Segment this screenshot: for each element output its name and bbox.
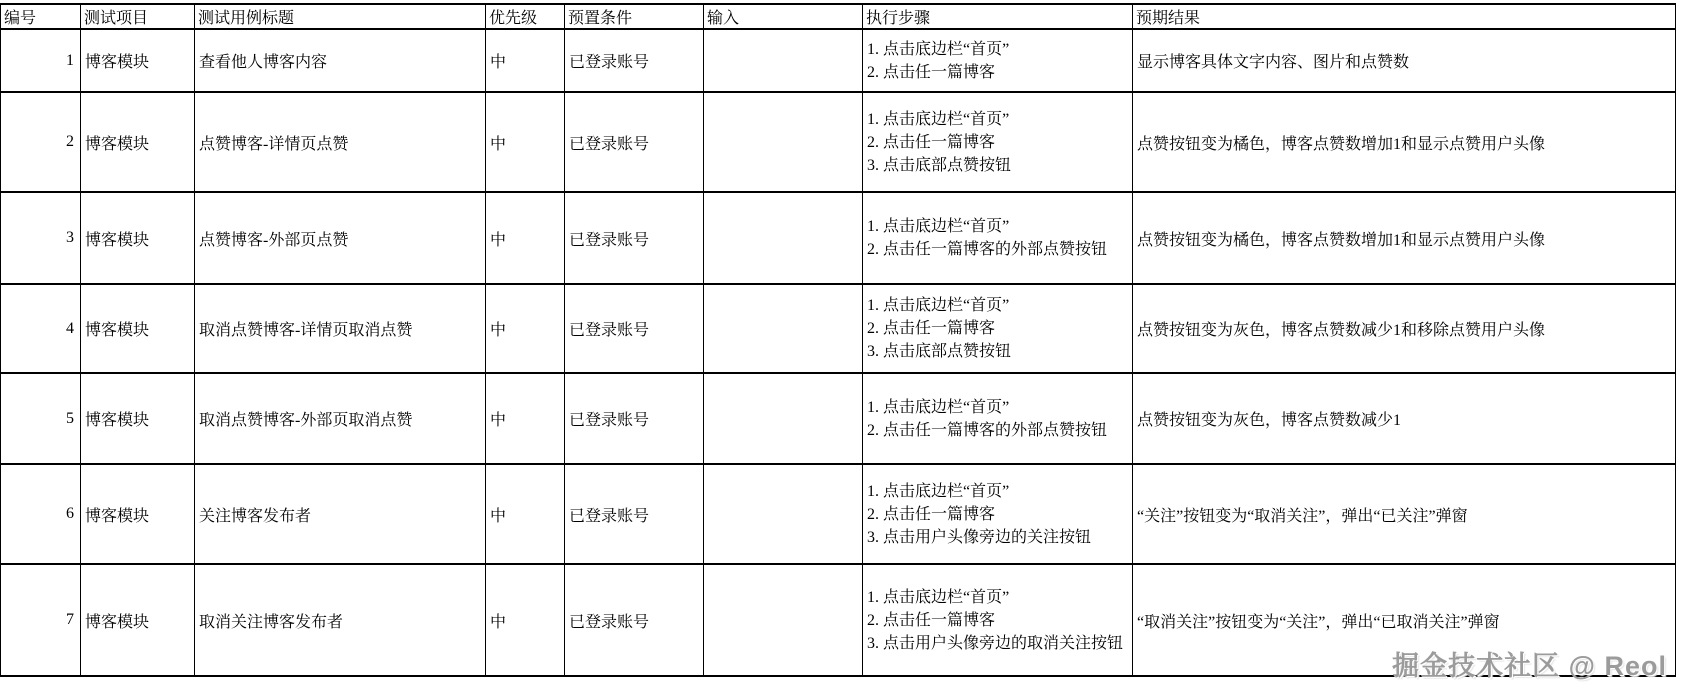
cell-expected: 显示博客具体文字内容、图片和点赞数 <box>1133 29 1676 92</box>
cell-module: 博客模块 <box>81 92 195 192</box>
step-line: 2. 点击任一篇博客 <box>867 61 1128 84</box>
table-row: 6博客模块关注博客发布者中已登录账号1. 点击底边栏“首页”2. 点击任一篇博客… <box>1 464 1676 564</box>
cell-input <box>704 564 863 676</box>
cell-module: 博客模块 <box>81 564 195 676</box>
test-case-table: 编号测试项目测试用例标题优先级预置条件输入执行步骤预期结果 1博客模块查看他人博… <box>0 3 1676 677</box>
cell-id: 7 <box>1 564 81 676</box>
step-line: 2. 点击任一篇博客 <box>867 609 1128 632</box>
cell-input <box>704 29 863 92</box>
cell-input <box>704 373 863 464</box>
column-header-module: 测试项目 <box>81 4 195 29</box>
column-header-id: 编号 <box>1 4 81 29</box>
cell-title: 点赞博客-外部页点赞 <box>195 192 486 284</box>
cell-precondition: 已登录账号 <box>565 29 704 92</box>
cell-expected: 点赞按钮变为灰色，博客点赞数减少1和移除点赞用户头像 <box>1133 284 1676 373</box>
column-header-title: 测试用例标题 <box>195 4 486 29</box>
column-header-priority: 优先级 <box>486 4 565 29</box>
cell-priority: 中 <box>486 29 565 92</box>
cell-precondition: 已登录账号 <box>565 373 704 464</box>
step-line: 1. 点击底边栏“首页” <box>867 108 1128 131</box>
step-line: 1. 点击底边栏“首页” <box>867 480 1128 503</box>
cell-steps: 1. 点击底边栏“首页”2. 点击任一篇博客 <box>863 29 1133 92</box>
cell-steps: 1. 点击底边栏“首页”2. 点击任一篇博客3. 点击底部点赞按钮 <box>863 92 1133 192</box>
cell-expected: 点赞按钮变为灰色，博客点赞数减少1 <box>1133 373 1676 464</box>
cell-steps: 1. 点击底边栏“首页”2. 点击任一篇博客的外部点赞按钮 <box>863 373 1133 464</box>
table-body: 1博客模块查看他人博客内容中已登录账号1. 点击底边栏“首页”2. 点击任一篇博… <box>1 29 1676 676</box>
cell-steps: 1. 点击底边栏“首页”2. 点击任一篇博客3. 点击底部点赞按钮 <box>863 284 1133 373</box>
cell-module: 博客模块 <box>81 284 195 373</box>
cell-id: 5 <box>1 373 81 464</box>
cell-title: 点赞博客-详情页点赞 <box>195 92 486 192</box>
cell-priority: 中 <box>486 464 565 564</box>
step-line: 1. 点击底边栏“首页” <box>867 294 1128 317</box>
cell-expected: 点赞按钮变为橘色，博客点赞数增加1和显示点赞用户头像 <box>1133 192 1676 284</box>
step-line: 3. 点击用户头像旁边的取消关注按钮 <box>867 632 1128 655</box>
cell-title: 查看他人博客内容 <box>195 29 486 92</box>
header-row: 编号测试项目测试用例标题优先级预置条件输入执行步骤预期结果 <box>1 4 1676 29</box>
cell-input <box>704 284 863 373</box>
cell-priority: 中 <box>486 192 565 284</box>
step-line: 3. 点击底部点赞按钮 <box>867 340 1128 363</box>
cell-title: 取消关注博客发布者 <box>195 564 486 676</box>
cell-precondition: 已登录账号 <box>565 192 704 284</box>
column-header-precondition: 预置条件 <box>565 4 704 29</box>
watermark: 掘金技术社区 @ Reol <box>1392 644 1667 683</box>
cell-module: 博客模块 <box>81 373 195 464</box>
table-row: 4博客模块取消点赞博客-详情页取消点赞中已登录账号1. 点击底边栏“首页”2. … <box>1 284 1676 373</box>
cell-priority: 中 <box>486 92 565 192</box>
step-line: 3. 点击底部点赞按钮 <box>867 154 1128 177</box>
cell-title: 关注博客发布者 <box>195 464 486 564</box>
step-line: 2. 点击任一篇博客 <box>867 503 1128 526</box>
table-header: 编号测试项目测试用例标题优先级预置条件输入执行步骤预期结果 <box>1 4 1676 29</box>
cell-input <box>704 192 863 284</box>
table-row: 2博客模块点赞博客-详情页点赞中已登录账号1. 点击底边栏“首页”2. 点击任一… <box>1 92 1676 192</box>
cell-priority: 中 <box>486 284 565 373</box>
cell-steps: 1. 点击底边栏“首页”2. 点击任一篇博客3. 点击用户头像旁边的关注按钮 <box>863 464 1133 564</box>
step-line: 1. 点击底边栏“首页” <box>867 215 1128 238</box>
cell-id: 1 <box>1 29 81 92</box>
step-line: 1. 点击底边栏“首页” <box>867 586 1128 609</box>
cell-id: 6 <box>1 464 81 564</box>
cell-title: 取消点赞博客-详情页取消点赞 <box>195 284 486 373</box>
cell-module: 博客模块 <box>81 29 195 92</box>
step-line: 2. 点击任一篇博客的外部点赞按钮 <box>867 419 1128 442</box>
cell-id: 4 <box>1 284 81 373</box>
cell-expected: 点赞按钮变为橘色，博客点赞数增加1和显示点赞用户头像 <box>1133 92 1676 192</box>
step-line: 1. 点击底边栏“首页” <box>867 38 1128 61</box>
cell-input <box>704 464 863 564</box>
table-row: 5博客模块取消点赞博客-外部页取消点赞中已登录账号1. 点击底边栏“首页”2. … <box>1 373 1676 464</box>
column-header-expected: 预期结果 <box>1133 4 1676 29</box>
cell-id: 3 <box>1 192 81 284</box>
cell-input <box>704 92 863 192</box>
step-line: 2. 点击任一篇博客 <box>867 317 1128 340</box>
cell-title: 取消点赞博客-外部页取消点赞 <box>195 373 486 464</box>
step-line: 2. 点击任一篇博客的外部点赞按钮 <box>867 238 1128 261</box>
cell-precondition: 已登录账号 <box>565 464 704 564</box>
step-line: 2. 点击任一篇博客 <box>867 131 1128 154</box>
step-line: 3. 点击用户头像旁边的关注按钮 <box>867 526 1128 549</box>
test-case-sheet: 编号测试项目测试用例标题优先级预置条件输入执行步骤预期结果 1博客模块查看他人博… <box>0 3 1681 691</box>
table-row: 3博客模块点赞博客-外部页点赞中已登录账号1. 点击底边栏“首页”2. 点击任一… <box>1 192 1676 284</box>
cell-precondition: 已登录账号 <box>565 284 704 373</box>
cell-precondition: 已登录账号 <box>565 564 704 676</box>
cell-steps: 1. 点击底边栏“首页”2. 点击任一篇博客的外部点赞按钮 <box>863 192 1133 284</box>
cell-expected: “关注”按钮变为“取消关注”，弹出“已关注”弹窗 <box>1133 464 1676 564</box>
cell-steps: 1. 点击底边栏“首页”2. 点击任一篇博客3. 点击用户头像旁边的取消关注按钮 <box>863 564 1133 676</box>
cell-priority: 中 <box>486 373 565 464</box>
cell-module: 博客模块 <box>81 464 195 564</box>
step-line: 1. 点击底边栏“首页” <box>867 396 1128 419</box>
cell-priority: 中 <box>486 564 565 676</box>
column-header-steps: 执行步骤 <box>863 4 1133 29</box>
cell-module: 博客模块 <box>81 192 195 284</box>
cell-id: 2 <box>1 92 81 192</box>
table-row: 1博客模块查看他人博客内容中已登录账号1. 点击底边栏“首页”2. 点击任一篇博… <box>1 29 1676 92</box>
cell-precondition: 已登录账号 <box>565 92 704 192</box>
column-header-input: 输入 <box>704 4 863 29</box>
